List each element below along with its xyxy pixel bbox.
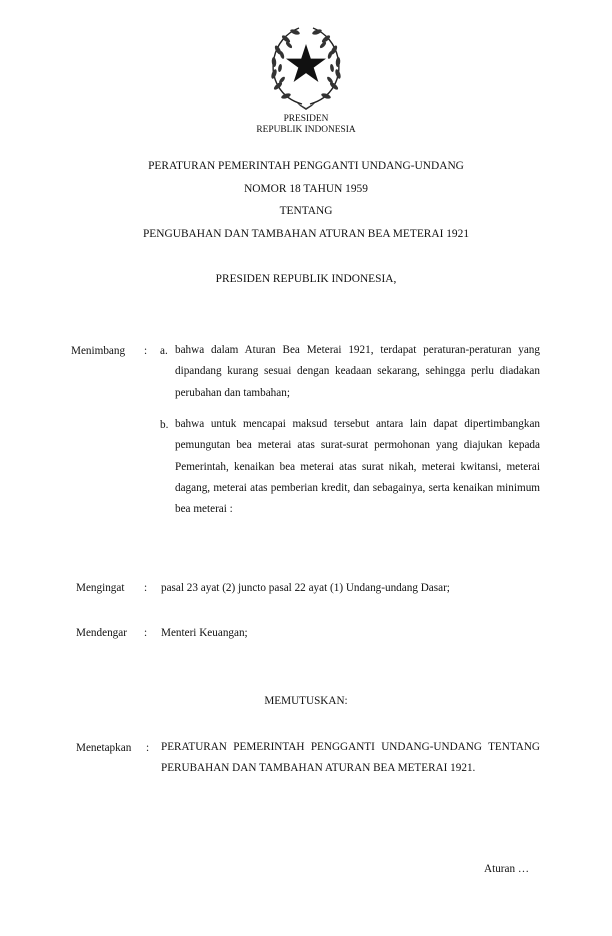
regulation-number: NOMOR 18 TAHUN 1959	[0, 183, 612, 195]
menetapkan-colon: :	[146, 742, 149, 754]
menimbang-item-b-text: bahwa untuk mencapai maksud tersebut ant…	[175, 414, 540, 520]
office-line-2: REPUBLIK INDONESIA	[0, 125, 612, 136]
mendengar-text: Menteri Keuangan;	[161, 627, 248, 639]
menetapkan-block: PERATURAN PEMERINTAH PENGGANTI UNDANG-UN…	[161, 737, 540, 780]
menimbang-item-b: bahwa untuk mencapai maksud tersebut ant…	[175, 414, 540, 520]
mendengar-colon: :	[144, 627, 147, 639]
mengingat-colon: :	[144, 582, 147, 594]
issuer-line: PRESIDEN REPUBLIK INDONESIA,	[0, 273, 612, 285]
regulation-subject: PENGUBAHAN DAN TAMBAHAN ATURAN BEA METER…	[0, 228, 612, 240]
regulation-about: TENTANG	[0, 205, 612, 217]
office-line-1: PRESIDEN	[0, 114, 612, 125]
menetapkan-text: PERATURAN PEMERINTAH PENGGANTI UNDANG-UN…	[161, 737, 540, 780]
menimbang-label: Menimbang	[71, 345, 153, 357]
menimbang-item-a: bahwa dalam Aturan Bea Meterai 1921, ter…	[175, 340, 540, 404]
item-a-letter: a.	[160, 345, 168, 357]
page-continuation: Aturan …	[484, 863, 529, 875]
regulation-title-line-1: PERATURAN PEMERINTAH PENGGANTI UNDANG-UN…	[0, 160, 612, 172]
menimbang-item-a-text: bahwa dalam Aturan Bea Meterai 1921, ter…	[175, 340, 540, 404]
presidential-emblem-icon	[266, 24, 346, 110]
menimbang-colon: :	[144, 345, 147, 357]
item-b-letter: b.	[160, 419, 168, 431]
mengingat-text: pasal 23 ayat (2) juncto pasal 22 ayat (…	[161, 582, 450, 594]
decision-heading: MEMUTUSKAN:	[0, 695, 612, 707]
